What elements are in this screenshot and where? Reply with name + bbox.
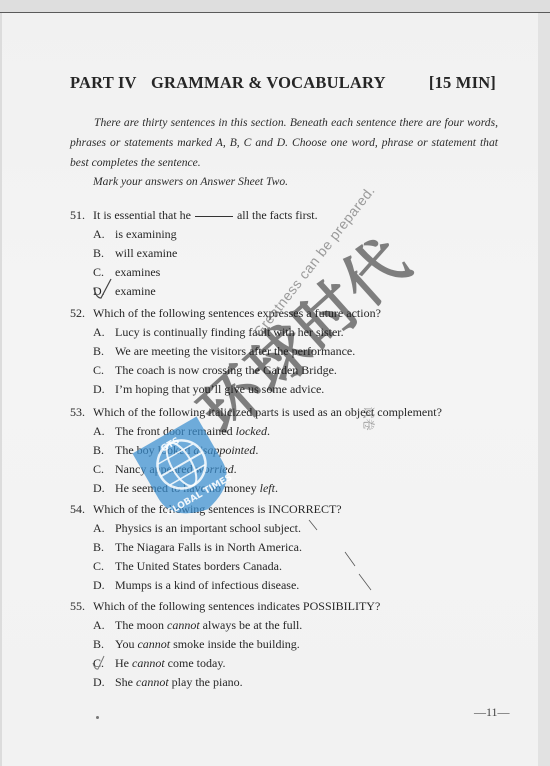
option-c[interactable]: C.The United States borders Canada.: [70, 557, 342, 576]
stamp-watermark: 试卷: [361, 406, 378, 430]
section-title: GRAMMAR & VOCABULARY: [151, 73, 386, 93]
option-d[interactable]: D.He seemed to have no money left.: [70, 479, 442, 498]
question-stem: 55.Which of the following sentences indi…: [70, 597, 380, 616]
option-b[interactable]: B.The boy looked disappointed.: [70, 441, 442, 460]
section-time-limit: [15 MIN]: [429, 73, 496, 93]
question-55: 55.Which of the following sentences indi…: [70, 597, 380, 692]
option-d[interactable]: D.Mumps is a kind of infectious disease.: [70, 576, 342, 595]
answer-sheet-note: Mark your answers on Answer Sheet Two.: [93, 175, 288, 188]
question-number: 53.: [70, 403, 93, 422]
question-number: 52.: [70, 304, 93, 323]
question-number: 54.: [70, 500, 93, 519]
option-c[interactable]: C.He cannot come today.: [70, 654, 380, 673]
option-b[interactable]: B.will examine: [70, 244, 318, 263]
question-number: 55.: [70, 597, 93, 616]
scanner-right-edge: [538, 13, 550, 766]
page-number: —11—: [474, 705, 510, 720]
option-c[interactable]: C.Nancy appeared worried.: [70, 460, 442, 479]
option-b[interactable]: B.The Niagara Falls is in North America.: [70, 538, 342, 557]
question-stem: 51.It is essential that heall the facts …: [70, 206, 318, 225]
option-d[interactable]: D.She cannot play the piano.: [70, 673, 380, 692]
paper-speck: [96, 716, 99, 719]
option-c[interactable]: C.examines: [70, 263, 318, 282]
question-number: 51.: [70, 206, 93, 225]
option-b[interactable]: B.You cannot smoke inside the building.: [70, 635, 380, 654]
section-instructions: There are thirty sentences in this secti…: [70, 113, 498, 173]
option-a[interactable]: A.The moon cannot always be at the full.: [70, 616, 380, 635]
question-51: 51.It is essential that heall the facts …: [70, 206, 318, 301]
answer-blank: [195, 216, 233, 217]
option-a[interactable]: A.is examining: [70, 225, 318, 244]
scanner-top-edge: [0, 0, 550, 13]
section-part-label: PART IV: [70, 73, 137, 93]
